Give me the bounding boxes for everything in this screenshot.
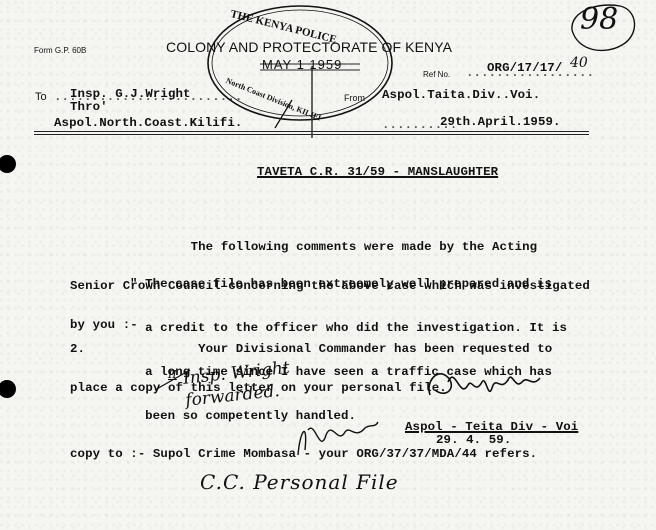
- to-recipient: Insp. G.J.Wright: [70, 87, 191, 101]
- punch-hole-bottom: [0, 380, 16, 398]
- letter-subject: TAVETA C.R. 31/59 - MANSLAUGHTER: [257, 165, 498, 179]
- cc-note: C.C. Personal File: [200, 470, 399, 494]
- to-label: To: [35, 91, 47, 103]
- stamp-date: MAY 1 1959: [262, 57, 342, 72]
- date-dots: ..........: [382, 118, 457, 132]
- form-number: Form G.P. 60B: [34, 46, 86, 55]
- punch-hole-top: [0, 155, 16, 173]
- header-divider: [34, 131, 589, 135]
- signature-date: 29. 4. 59.: [436, 433, 511, 447]
- document-page: Form G.P. 60B COLONY AND PROTECTORATE OF…: [0, 0, 656, 530]
- letterhead-heading: COLONY AND PROTECTORATE OF KENYA: [166, 39, 452, 55]
- from-label: From: [344, 93, 365, 103]
- ref-value: ORG/17/17/: [487, 61, 562, 75]
- to-through-office: Aspol.North.Coast.Kilifi.: [54, 116, 242, 130]
- signature-title: Aspol - Teita Div - Voi: [405, 420, 578, 434]
- from-value: Aspol.Taita.Div..Voi.: [382, 88, 540, 102]
- ref-label: Ref No.: [423, 70, 450, 79]
- to-through: Thro': [70, 100, 108, 114]
- page-number: 98: [580, 2, 618, 37]
- minute-number: II: [168, 368, 177, 381]
- quote-line: " The case file has been extreemely well…: [130, 277, 567, 292]
- letter-date: 29th.April.1959.: [440, 115, 561, 129]
- copy-to-line: copy to :- Supol Crime Mombasa - your OR…: [70, 447, 537, 461]
- ref-handwritten: 40: [570, 55, 588, 71]
